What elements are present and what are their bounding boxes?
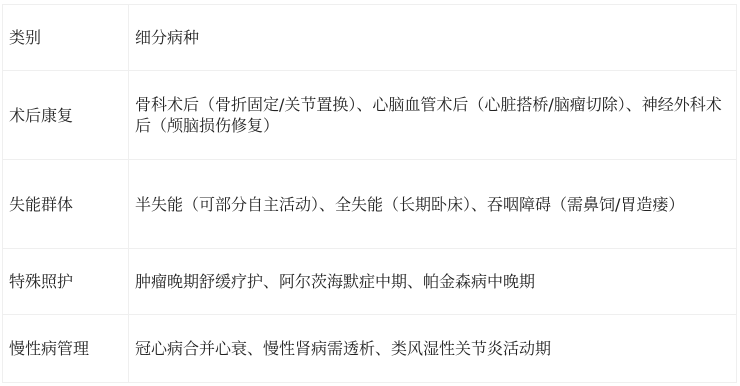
table-header-row: 类别 细分病种 (3, 5, 737, 71)
row-category: 特殊照护 (3, 249, 129, 315)
row-category: 慢性病管理 (3, 315, 129, 383)
header-detail: 细分病种 (129, 5, 737, 71)
row-detail: 肿瘤晚期舒缓疗护、阿尔茨海默症中期、帕金森病中晚期 (129, 249, 737, 315)
table-row: 失能群体 半失能（可部分自主活动）、全失能（长期卧床）、吞咽障碍（需鼻饲/胃造瘘… (3, 160, 737, 249)
header-category: 类别 (3, 5, 129, 71)
row-category: 术后康复 (3, 71, 129, 160)
table-row: 特殊照护 肿瘤晚期舒缓疗护、阿尔茨海默症中期、帕金森病中晚期 (3, 249, 737, 315)
row-detail: 半失能（可部分自主活动）、全失能（长期卧床）、吞咽障碍（需鼻饲/胃造瘘） (129, 160, 737, 249)
row-category: 失能群体 (3, 160, 129, 249)
table-row: 术后康复 骨科术后（骨折固定/关节置换）、心脑血管术后（心脏搭桥/脑瘤切除）、神… (3, 71, 737, 160)
care-category-table: 类别 细分病种 术后康复 骨科术后（骨折固定/关节置换）、心脑血管术后（心脏搭桥… (2, 4, 737, 383)
row-detail: 骨科术后（骨折固定/关节置换）、心脑血管术后（心脏搭桥/脑瘤切除）、神经外科术后… (129, 71, 737, 160)
table-row: 慢性病管理 冠心病合并心衰、慢性肾病需透析、类风湿性关节炎活动期 (3, 315, 737, 383)
row-detail: 冠心病合并心衰、慢性肾病需透析、类风湿性关节炎活动期 (129, 315, 737, 383)
